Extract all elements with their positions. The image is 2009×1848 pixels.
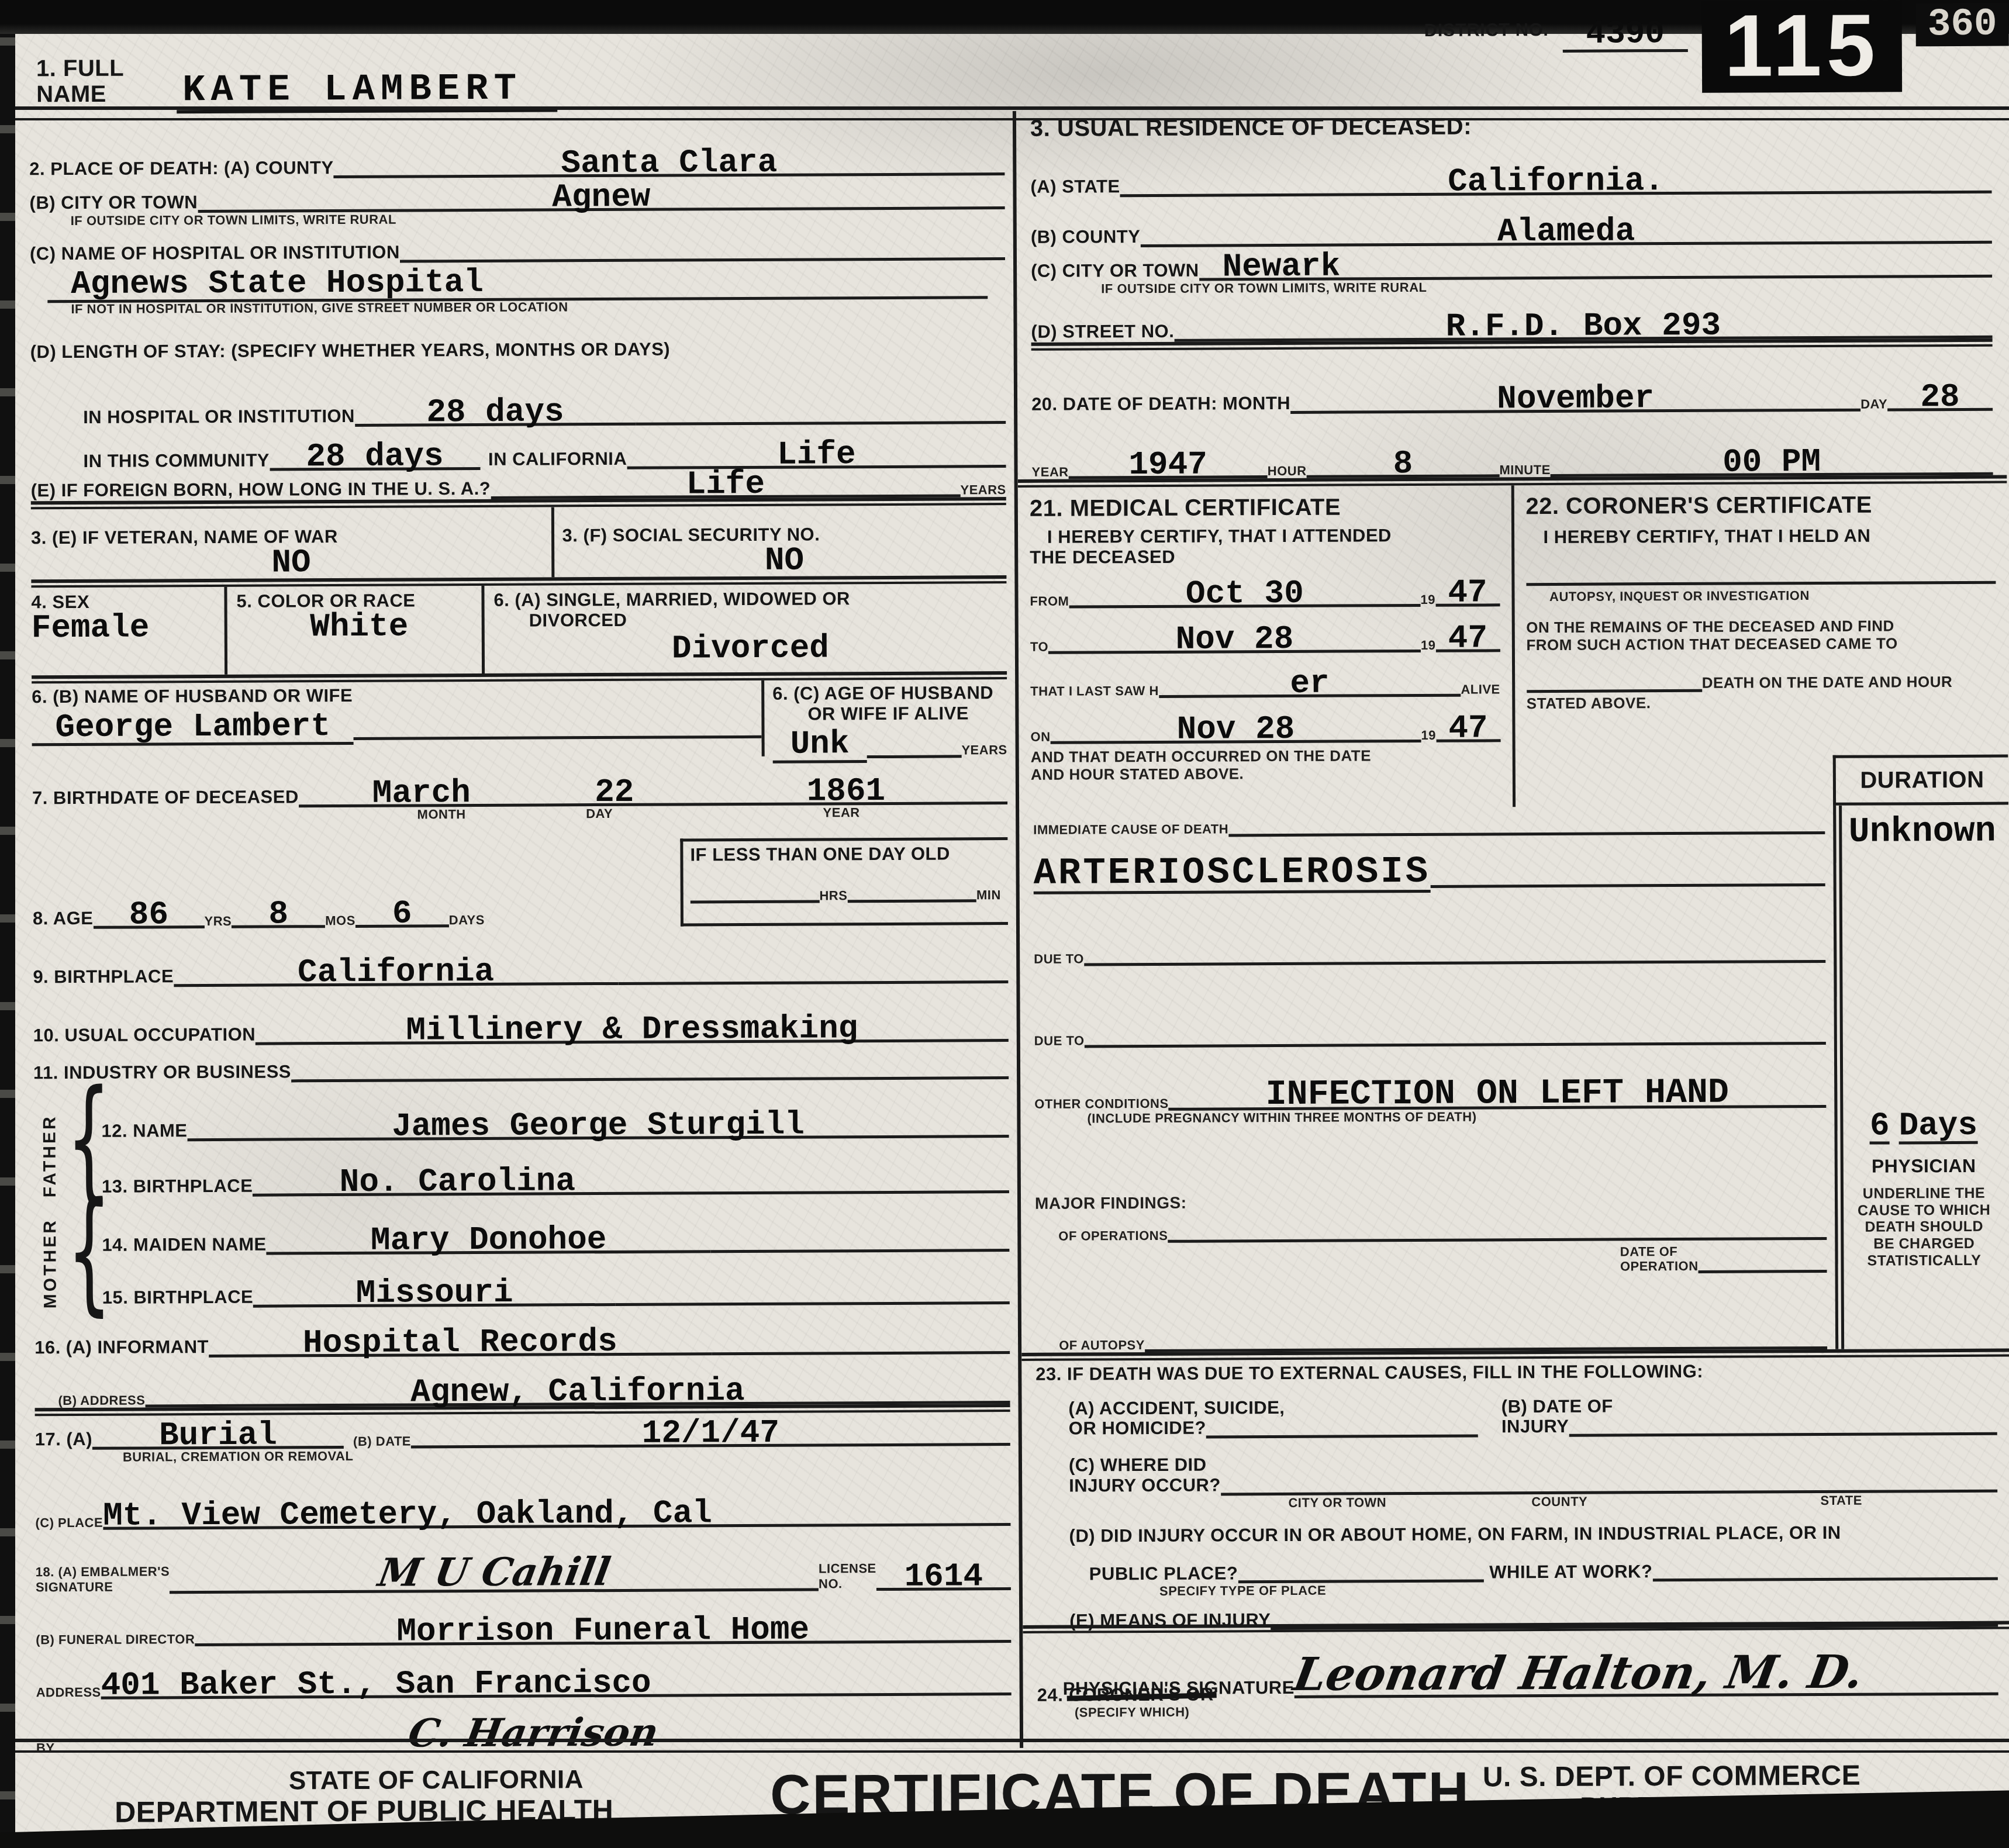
stay-california-value: Life bbox=[777, 436, 856, 474]
veteran-ssn-row: 3. (E) IF VETERAN, NAME OF WAR NO 3. (F)… bbox=[31, 505, 1007, 579]
burial-row: 17. (A) Burial (B) DATE 12/1/47 BURIAL, … bbox=[35, 1412, 1010, 1480]
funeral-address-row: ADDRESS 401 Baker St., San Francisco bbox=[36, 1643, 1011, 1700]
due-to-row-1: DUE TO bbox=[1034, 886, 1826, 966]
last-saw-date: Nov 28 bbox=[1177, 710, 1295, 748]
mother-name-value: Mary Donohoe bbox=[371, 1221, 607, 1259]
struck-coroner-label: CORONER'S OR bbox=[1069, 1685, 1214, 1706]
ssn-value: NO bbox=[765, 541, 804, 579]
father-birthplace-row: 13. BIRTHPLACE No. Carolina bbox=[102, 1138, 1009, 1197]
embalmer-signature: M U Cahill bbox=[375, 1555, 612, 1590]
birthplace-value: California bbox=[298, 953, 494, 991]
major-findings-row: MAJOR FINDINGS: OF OPERATIONS DATE OF OP… bbox=[1035, 1176, 1827, 1287]
header-row: 1. FULL NAME KATE LAMBERT DISTRICT NO. 4… bbox=[15, 30, 2009, 116]
birthplace-row: 9. BIRTHPLACE California bbox=[33, 925, 1008, 987]
veteran-cell: 3. (E) IF VETERAN, NAME OF WAR NO bbox=[31, 507, 551, 579]
dod-hour-value: 8 bbox=[1393, 445, 1413, 482]
funeral-director-row: (B) FUNERAL DIRECTOR Morrison Funeral Ho… bbox=[36, 1590, 1011, 1647]
spouse-age-value: Unk bbox=[773, 729, 867, 764]
city-row: (B) CITY OR TOWN Agnew IF OUTSIDE CITY O… bbox=[29, 175, 1004, 244]
sex-cell: 4. SEX Female bbox=[31, 587, 225, 675]
injury-place-field: (D) DID INJURY OCCUR IN OR ABOUT HOME, O… bbox=[1036, 1507, 1998, 1600]
dod-month-row: 20. DATE OF DEATH: MONTH November DAY 28 bbox=[1031, 347, 1993, 415]
residence-state-value: California. bbox=[1448, 162, 1664, 201]
dod-month-value: November bbox=[1497, 379, 1654, 417]
spouse-row: 6. (B) NAME OF HUSBAND OR WIFE George La… bbox=[32, 679, 1007, 759]
hospital-value: Agnews State Hospital bbox=[47, 265, 988, 303]
less-than-day-cell: IF LESS THAN ONE DAY OLD HRS MIN bbox=[680, 837, 1008, 926]
occupation-row: 10. USUAL OCCUPATION Millinery & Dressma… bbox=[33, 983, 1008, 1046]
stay-hospital-value: 28 days bbox=[426, 393, 564, 431]
external-causes: 23. IF DEATH WAS DUE TO EXTERNAL CAUSES,… bbox=[1021, 1357, 2009, 1625]
attended-to-year: 47 bbox=[1448, 620, 1487, 657]
residence-city-row: (C) CITY OR TOWN Newark IF OUTSIDE CITY … bbox=[1031, 244, 1992, 302]
residence-county-value: Alameda bbox=[1497, 212, 1635, 250]
coroner-certificate: 22. CORONER'S CERTIFICATE I HEREBY CERTI… bbox=[1511, 483, 2008, 807]
race-cell: 5. COLOR OR RACE White bbox=[224, 586, 482, 675]
mother-birthplace-row: 15. BIRTHPLACE Missouri bbox=[102, 1252, 1009, 1308]
other-conditions-row: OTHER CONDITIONS INFECTION ON LEFT HAND … bbox=[1034, 1045, 1827, 1179]
burial-place-row: (C) PLACE Mt. View Cemetery, Oakland, Ca… bbox=[35, 1476, 1010, 1530]
age-row: 8. AGE 86 YRS 8 MOS 6 DAYS IF LESS THAN … bbox=[32, 837, 1008, 929]
duration-column: Unknown 6 Days PHYSICIAN UNDERLINE THE C… bbox=[1833, 805, 2009, 1349]
immediate-cause-value: ARTERIOSCLEROSIS bbox=[1033, 854, 1430, 894]
duration-header: DURATION bbox=[1833, 755, 2008, 806]
left-column: 2. PLACE OF DEATH: (A) COUNTY Santa Clar… bbox=[12, 111, 1023, 1752]
stay-community-value: 28 days bbox=[306, 437, 444, 475]
injury-date-field: (B) DATE OF INJURY bbox=[1478, 1394, 1997, 1437]
corner-number: 360 bbox=[1916, 3, 2009, 47]
autopsy-row: OF AUTOPSY bbox=[1035, 1284, 1827, 1353]
stay-hospital-row: IN HOSPITAL OR INSTITUTION 28 days bbox=[30, 362, 1006, 428]
district-label: DISTRICT NO. bbox=[1424, 2, 1549, 41]
other-conditions-value: INFECTION ON LEFT HAND bbox=[1266, 1073, 1729, 1115]
birthdate-month: March bbox=[372, 774, 471, 812]
residence-title: 3. USUAL RESIDENCE OF DECEASED: bbox=[1030, 107, 1991, 146]
dod-minute-value: 00 PM bbox=[1723, 443, 1821, 481]
informant-value: Hospital Records bbox=[303, 1323, 617, 1362]
funeral-director-value: Morrison Funeral Home bbox=[396, 1611, 809, 1650]
age-days: 6 bbox=[392, 894, 412, 932]
residence-street-row: (D) STREET NO. R.F.D. Box 293 bbox=[1031, 298, 1992, 343]
accident-field: (A) ACCIDENT, SUICIDE, OR HOMICIDE? bbox=[1036, 1397, 1479, 1439]
last-saw-year: 47 bbox=[1448, 710, 1487, 747]
father-group: FATHER { 12. NAME James George Sturgill … bbox=[33, 1079, 1009, 1197]
stamp-number: 115 bbox=[1702, 1, 1903, 92]
burial-date-value: 12/1/47 bbox=[642, 1414, 780, 1452]
duration-immediate: Unknown bbox=[1849, 812, 1996, 852]
county-row: 2. PLACE OF DEATH: (A) COUNTY Santa Clar… bbox=[29, 111, 1004, 179]
embalmer-row: 18. (A) EMBALMER'S SIGNATURE M U Cahill … bbox=[35, 1526, 1010, 1594]
marital-value: Divorced bbox=[672, 630, 829, 668]
dod-day-value: 28 bbox=[1920, 378, 1959, 416]
funeral-address-value: 401 Baker St., San Francisco bbox=[101, 1664, 651, 1704]
sex-value: Female bbox=[32, 609, 150, 647]
right-column: 3. USUAL RESIDENCE OF DECEASED: (A) STAT… bbox=[1016, 107, 2009, 1748]
immediate-cause-row: IMMEDIATE CAUSE OF DEATH bbox=[1033, 806, 1825, 838]
burial-place-value: Mt. View Cemetery, Oakland, Cal bbox=[103, 1494, 712, 1535]
death-certificate-scan: 1. FULL NAME KATE LAMBERT DISTRICT NO. 4… bbox=[0, 0, 2009, 1848]
veteran-value: NO bbox=[271, 544, 310, 581]
residence-county-row: (B) COUNTY Alameda bbox=[1031, 194, 1992, 248]
burial-value: Burial bbox=[159, 1416, 277, 1454]
age-cell: 8. AGE 86 YRS 8 MOS 6 DAYS bbox=[32, 838, 681, 929]
age-months: 8 bbox=[268, 895, 288, 932]
dod-year-row: YEAR 1947 HOUR 8 MINUTE 00 PM bbox=[1031, 411, 1993, 479]
residence-street-value: R.F.D. Box 293 bbox=[1445, 307, 1721, 346]
cause-main: IMMEDIATE CAUSE OF DEATH ARTERIOSCLEROSI… bbox=[1019, 806, 1835, 1353]
mother-birthplace-value: Missouri bbox=[356, 1274, 513, 1312]
sex-race-marital-row: 4. SEX Female 5. COLOR OR RACE White 6. … bbox=[31, 583, 1007, 675]
district-value: 4390 bbox=[1562, 6, 1688, 53]
informant-address-row: (B) ADDRESS Agnew, California bbox=[34, 1354, 1010, 1408]
certificates-row: 21. MEDICAL CERTIFICATE I HEREBY CERTIFY… bbox=[1018, 483, 2008, 809]
father-birthplace-value: No. Carolina bbox=[340, 1162, 576, 1201]
physician-note: PHYSICIAN UNDERLINE THE CAUSE TO WHICH D… bbox=[1838, 1144, 2009, 1270]
birthdate-row: 7. BIRTHDATE OF DECEASED March 22 1861 M… bbox=[32, 755, 1008, 841]
residence-state-row: (A) STATE California. bbox=[1030, 142, 1991, 198]
duration-other: 6 Days bbox=[1837, 1074, 2009, 1145]
city-value: Agnew bbox=[552, 178, 650, 216]
race-value: White bbox=[310, 607, 408, 645]
marital-cell: 6. (A) SINGLE, MARRIED, WIDOWED OR DIVOR… bbox=[481, 583, 1007, 673]
due-to-row-2: DUE TO bbox=[1034, 963, 1826, 1048]
mother-name-row: 14. MAIDEN NAME Mary Donohoe bbox=[102, 1193, 1009, 1256]
stay-label: (D) LENGTH OF STAY: (SPECIFY WHETHER YEA… bbox=[30, 333, 1006, 367]
county-value: Santa Clara bbox=[561, 144, 777, 182]
informant-address-value: Agnew, California bbox=[410, 1372, 745, 1411]
mother-side-label: MOTHER bbox=[34, 1197, 67, 1308]
foreign-born-value: Life bbox=[686, 465, 765, 503]
ssn-cell: 3. (F) SOCIAL SECURITY NO. NO bbox=[551, 505, 1006, 577]
attended-from-year: 47 bbox=[1448, 574, 1487, 612]
occupation-value: Millinery & Dressmaking bbox=[406, 1010, 858, 1049]
embalmer-license-value: 1614 bbox=[904, 1557, 983, 1595]
spouse-name-cell: 6. (B) NAME OF HUSBAND OR WIFE George La… bbox=[32, 681, 762, 759]
medical-certificate: 21. MEDICAL CERTIFICATE I HEREBY CERTIFY… bbox=[1018, 485, 1513, 809]
cause-region: IMMEDIATE CAUSE OF DEATH ARTERIOSCLEROSI… bbox=[1019, 805, 2009, 1353]
dod-year-value: 1947 bbox=[1128, 445, 1207, 483]
attended-to-value: Nov 28 bbox=[1175, 620, 1293, 658]
birthdate-day: 22 bbox=[595, 773, 634, 811]
father-side-label: FATHER bbox=[33, 1083, 67, 1197]
mother-group: MOTHER { 14. MAIDEN NAME Mary Donohoe 15… bbox=[34, 1193, 1010, 1308]
attended-from-value: Oct 30 bbox=[1186, 575, 1304, 613]
father-name-value: James George Sturgill bbox=[392, 1106, 805, 1145]
spouse-age-cell: 6. (C) AGE OF HUSBAND OR WIFE IF ALIVE U… bbox=[761, 679, 1007, 757]
age-years: 86 bbox=[129, 896, 168, 933]
father-name-row: 12. NAME James George Sturgill bbox=[101, 1079, 1009, 1142]
physician-block: 24. CORONER'S OR PHYSICIAN'S SIGNATURE L… bbox=[1023, 1629, 2009, 1748]
mother-brace: { bbox=[67, 1193, 112, 1313]
hospital-row: (C) NAME OF HOSPITAL OR INSTITUTION Agne… bbox=[30, 240, 1006, 337]
physician-signature: Leonard Halton, M. D. bbox=[1291, 1652, 1866, 1695]
last-saw-value: er bbox=[1290, 665, 1329, 702]
form-columns: 2. PLACE OF DEATH: (A) COUNTY Santa Clar… bbox=[12, 107, 2009, 1753]
residence-city-value: Newark bbox=[1199, 248, 1340, 286]
foreign-born-row: (E) IF FOREIGN BORN, HOW LONG IN THE U. … bbox=[31, 468, 1006, 501]
informant-row: 16. (A) INFORMANT Hospital Records bbox=[34, 1304, 1010, 1358]
spouse-name-value: George Lambert bbox=[32, 711, 354, 747]
birthdate-year: 1861 bbox=[807, 772, 886, 810]
district-stamp-group: DISTRICT NO. 4390 115 360 bbox=[1424, 1, 2009, 109]
injury-where-field: (C) WHERE DID INJURY OCCUR? CITY OR TOWN… bbox=[1036, 1435, 1998, 1511]
